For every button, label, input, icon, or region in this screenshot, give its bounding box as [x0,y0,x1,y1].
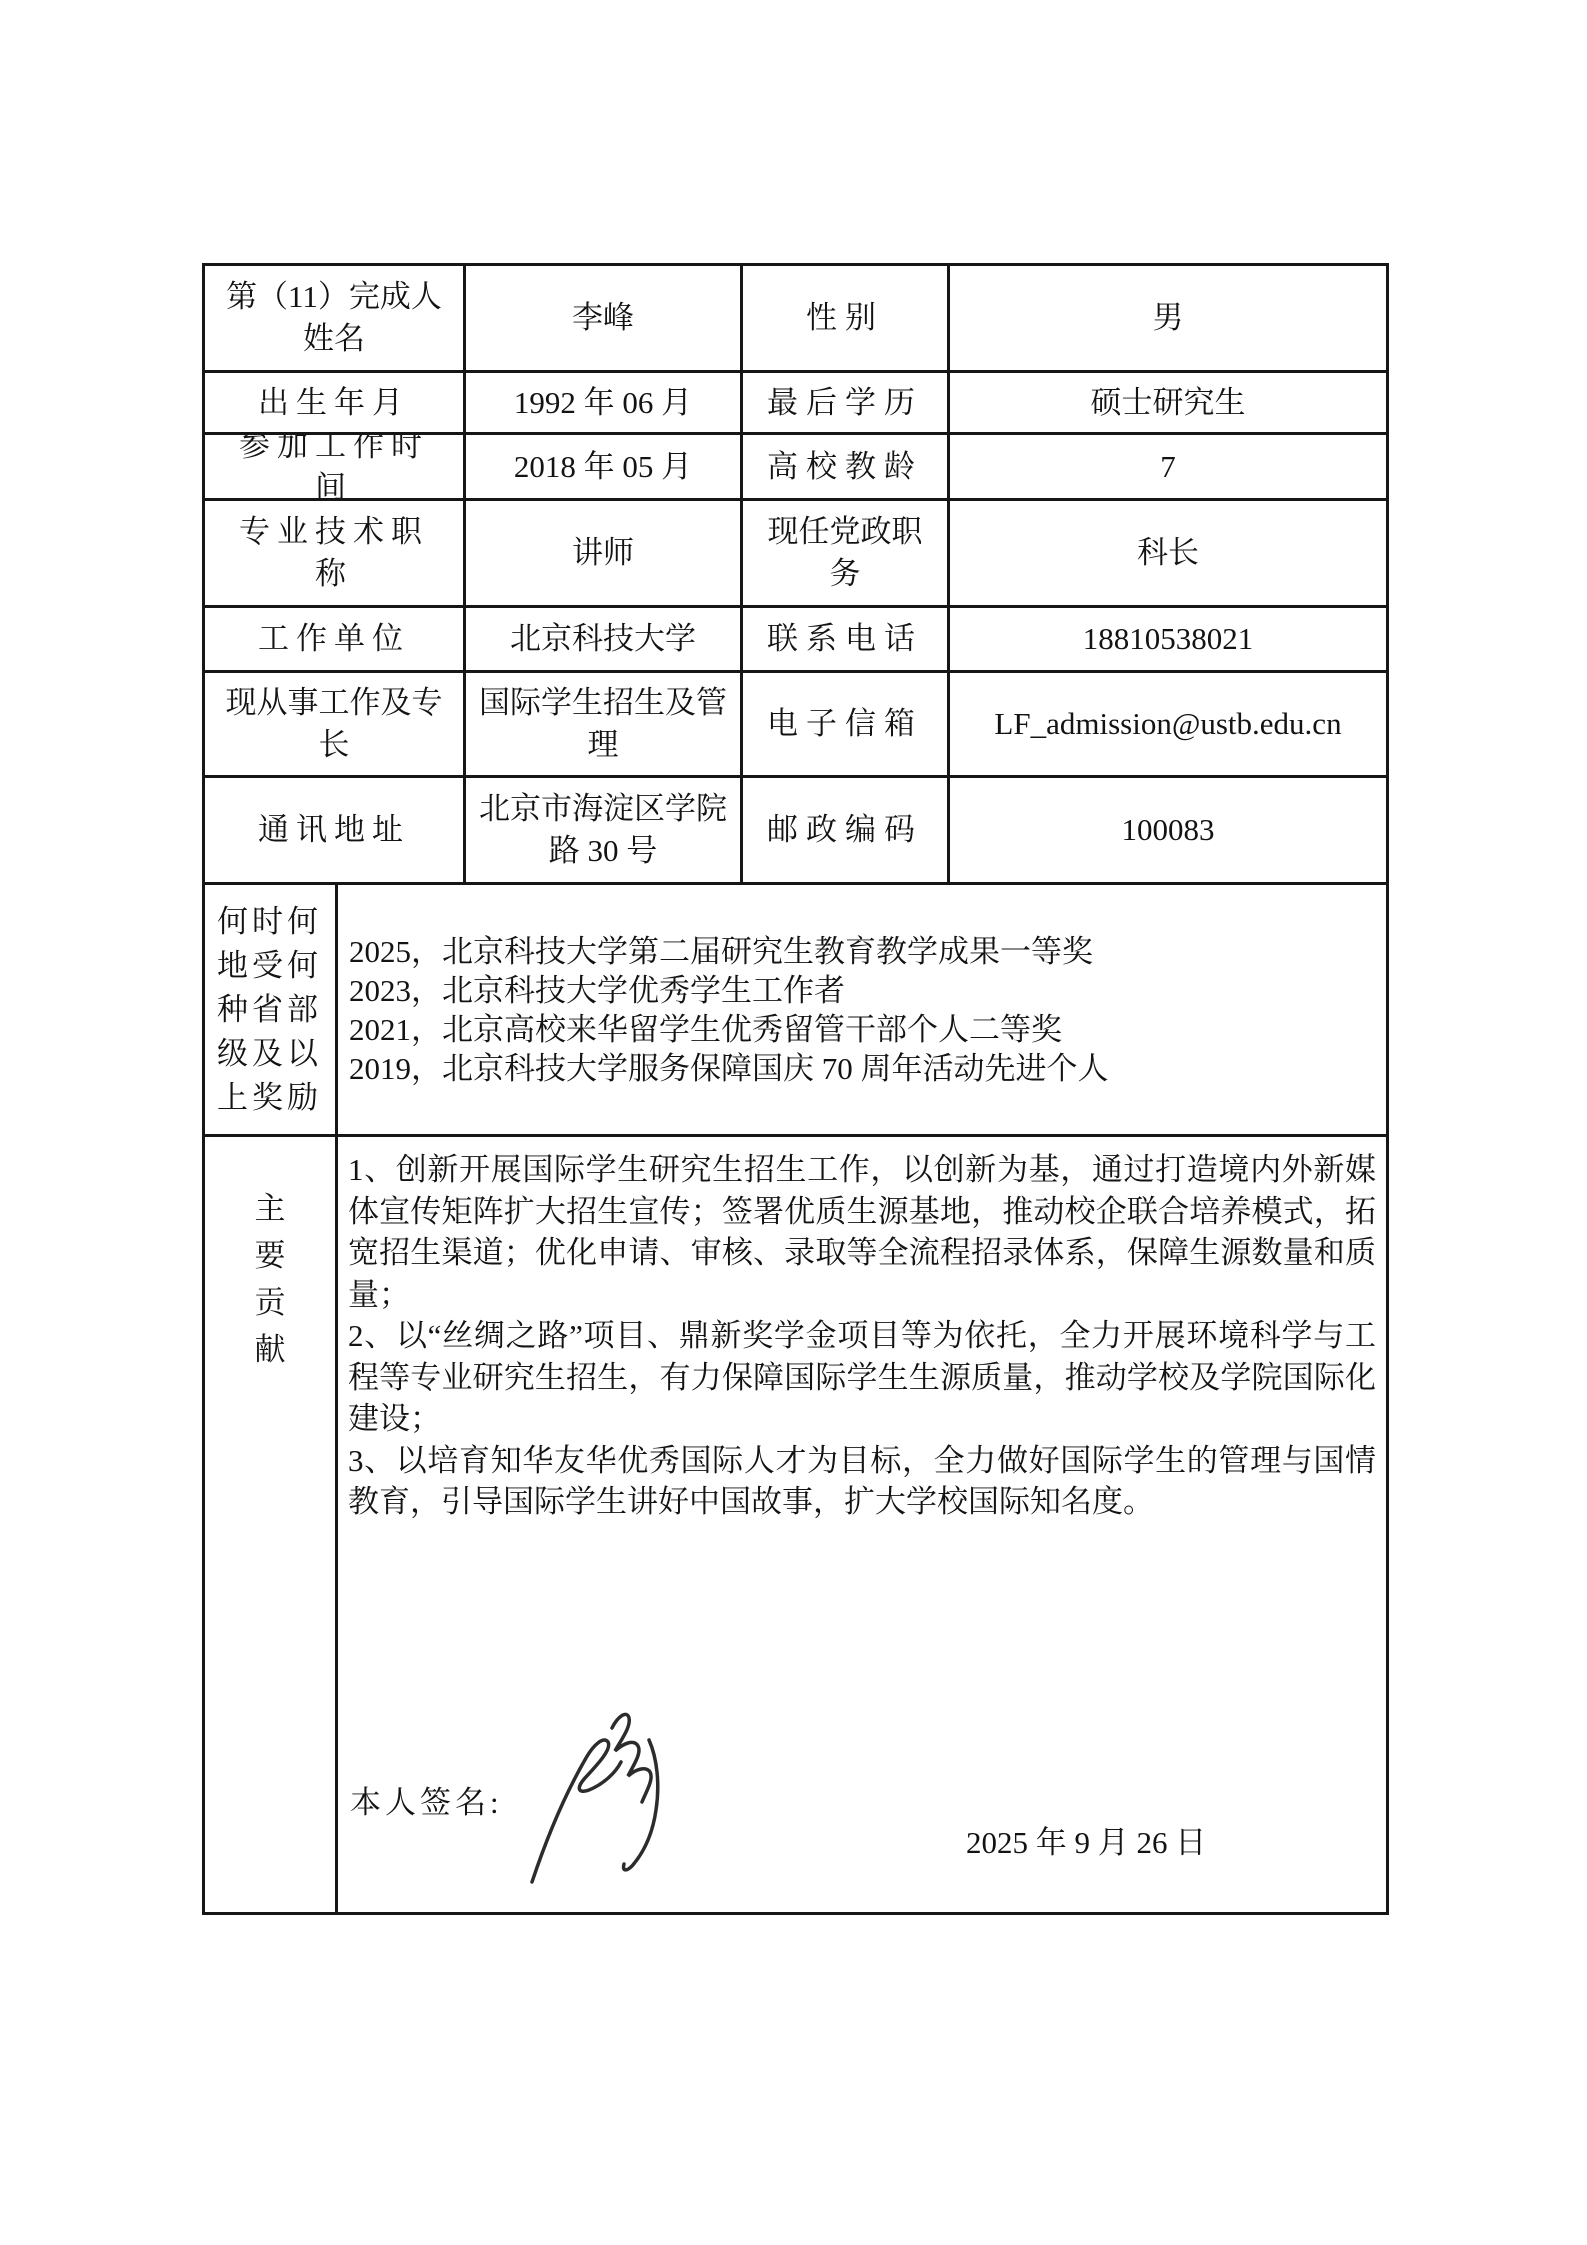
email-value: LF_admission@ustb.edu.cn [950,673,1386,775]
completer-info-table: 第（11）完成人姓名 李峰 性别 男 出生年月 1992 年 06 月 最后学历… [202,263,1389,1915]
gender-label: 性别 [743,266,950,370]
professional-title-label: 专业技术职称 [205,501,466,605]
awards-label: 何时何地受何种省部级及以上奖励 [205,885,338,1134]
row-employer-phone: 工作单位 北京科技大学 联系电话 18810538021 [205,608,1386,673]
birth-date-value: 1992 年 06 月 [466,373,743,432]
birth-date-label: 出生年月 [205,373,466,432]
row-currentwork-email: 现从事工作及专长 国际学生招生及管理 电子信箱 LF_admission@ust… [205,673,1386,778]
postcode-label: 邮政编码 [743,778,950,882]
email-label: 电子信箱 [743,673,950,775]
contribution-paragraph: 2、以“丝绸之路”项目、鼎新奖学金项目等为依托，全力开展环境科学与工程等专业研究… [348,1315,1376,1440]
row-workstart-teachingyears: 参加工作时间 2018 年 05 月 高校教龄 7 [205,435,1386,501]
row-awards: 何时何地受何种省部级及以上奖励 2025，北京科技大学第二届研究生教育教学成果一… [205,885,1386,1137]
party-post-label: 现任党政职务 [743,501,950,605]
work-start-label: 参加工作时间 [205,435,466,498]
award-item: 2023，北京科技大学优秀学生工作者 [349,971,1386,1010]
address-label: 通讯地址 [205,778,466,882]
contribution-label: 主要贡献 [205,1137,338,1912]
award-item: 2021，北京高校来华留学生优秀留管干部个人二等奖 [349,1010,1386,1049]
employer-value: 北京科技大学 [466,608,743,670]
row-name-gender: 第（11）完成人姓名 李峰 性别 男 [205,266,1386,373]
row-title-partypost: 专业技术职称 讲师 现任党政职务 科长 [205,501,1386,608]
row-birth-degree: 出生年月 1992 年 06 月 最后学历 硕士研究生 [205,373,1386,435]
contribution-content: 1、创新开展国际学生研究生招生工作，以创新为基，通过打造境内外新媒体宣传矩阵扩大… [338,1137,1386,1912]
row-contribution: 主要贡献 1、创新开展国际学生研究生招生工作，以创新为基，通过打造境内外新媒体宣… [205,1137,1386,1912]
party-post-value: 科长 [950,501,1386,605]
current-work-value: 国际学生招生及管理 [466,673,743,775]
row-address-postcode: 通讯地址 北京市海淀区学院路 30 号 邮政编码 100083 [205,778,1386,885]
phone-label: 联系电话 [743,608,950,670]
phone-value: 18810538021 [950,608,1386,670]
professional-title-value: 讲师 [466,501,743,605]
work-start-value: 2018 年 05 月 [466,435,743,498]
award-item: 2025，北京科技大学第二届研究生教育教学成果一等奖 [349,932,1386,971]
teaching-years-value: 7 [950,435,1386,498]
contribution-paragraph: 1、创新开展国际学生研究生招生工作，以创新为基，通过打造境内外新媒体宣传矩阵扩大… [348,1149,1376,1315]
award-item: 2019，北京科技大学服务保障国庆 70 周年活动先进个人 [349,1049,1386,1088]
handwritten-signature-icon [518,1692,693,1887]
postcode-value: 100083 [950,778,1386,882]
last-degree-value: 硕士研究生 [950,373,1386,432]
employer-label: 工作单位 [205,608,466,670]
awards-list: 2025，北京科技大学第二届研究生教育教学成果一等奖 2023，北京科技大学优秀… [338,885,1386,1134]
current-work-label: 现从事工作及专长 [205,673,466,775]
signature-date: 2025 年 9 月 26 日 [966,1817,1206,1862]
gender-value: 男 [950,266,1386,370]
teaching-years-label: 高校教龄 [743,435,950,498]
completer-name-label: 第（11）完成人姓名 [205,266,466,370]
signature-label: 本人签名: [350,1777,503,1822]
completer-name-value: 李峰 [466,266,743,370]
last-degree-label: 最后学历 [743,373,950,432]
address-value: 北京市海淀区学院路 30 号 [466,778,743,882]
contribution-paragraph: 3、以培育知华友华优秀国际人才为目标，全力做好国际学生的管理与国情教育，引导国际… [348,1440,1376,1523]
